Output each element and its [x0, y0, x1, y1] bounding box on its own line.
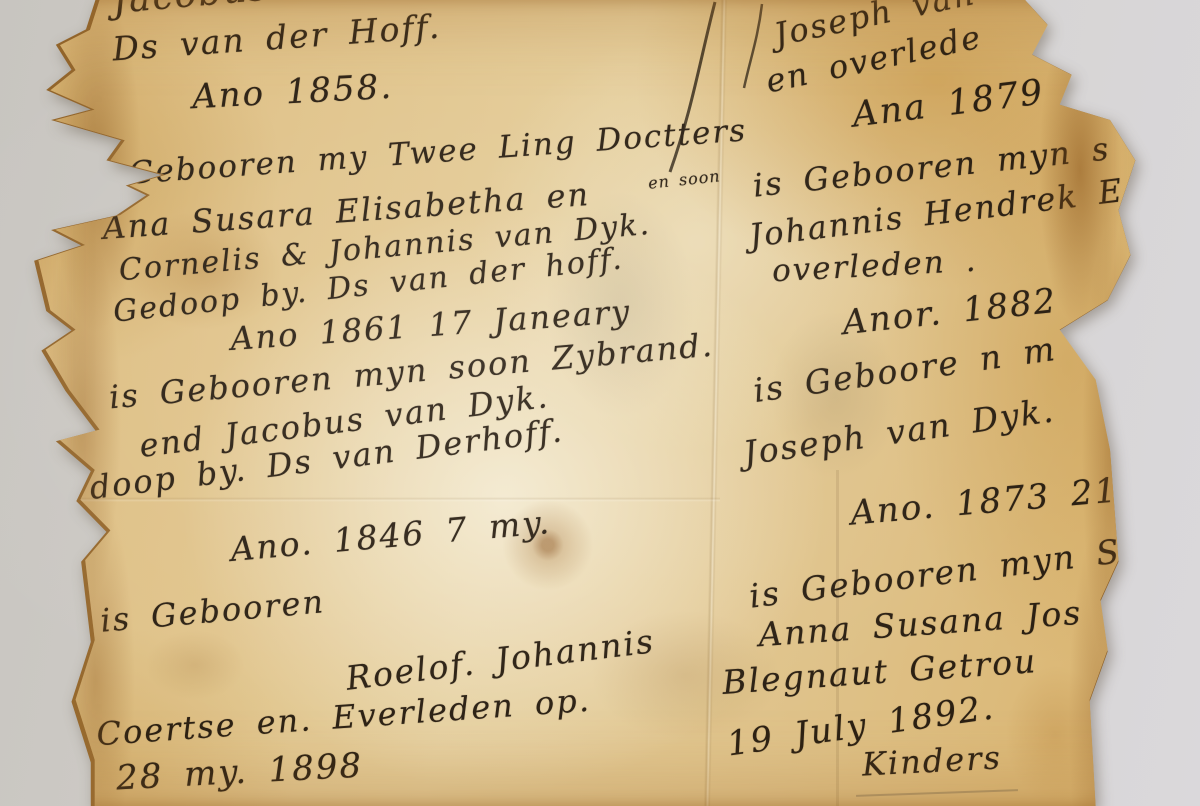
handwritten-line-kinders: Kinders: [861, 738, 1003, 783]
handwritten-line-year-1858: Ano 1858.: [191, 67, 394, 117]
document-paper: Jacobus van Dyk Ds van der Hoff. Ano 185…: [0, 0, 1200, 806]
handwritten-line-year-1846: Ano. 1846 7 my.: [229, 502, 553, 569]
kinders-underline: [856, 789, 1018, 797]
age-stain: [1005, 665, 1105, 805]
photo-backdrop: Jacobus van Dyk Ds van der Hoff. Ano 185…: [0, 0, 1200, 806]
handwritten-line-death: Coertse en. Everleden op.: [95, 681, 592, 753]
handwritten-line-year-1873: Ano. 1873 21: [849, 470, 1120, 533]
handwritten-line-birth: is Gebooren: [99, 582, 327, 639]
handwritten-line-date-1898: 28 my. 1898: [115, 746, 364, 799]
age-stain: [145, 630, 245, 700]
register-page: Jacobus van Dyk Ds van der Hoff. Ano 185…: [0, 0, 1200, 806]
handwritten-line-year-1879: Ana 1879: [850, 72, 1046, 135]
handwritten-line-death: overleden .: [771, 243, 978, 290]
